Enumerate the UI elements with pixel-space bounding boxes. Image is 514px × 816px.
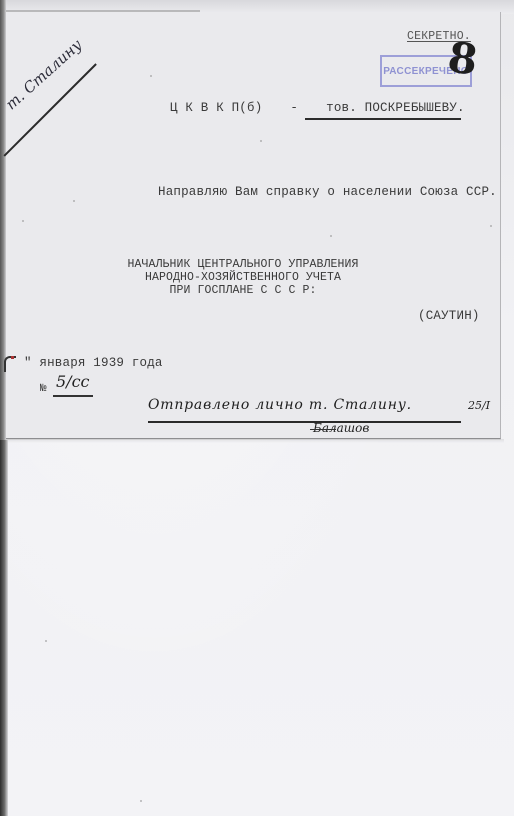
signature-title-line-2: НАРОДНО-ХОЗЯЙСТВЕННОГО УЧЕТА bbox=[118, 271, 368, 284]
handwritten-initials: Балашов bbox=[313, 421, 369, 435]
page-number: 8 bbox=[445, 36, 480, 82]
initials-stroke bbox=[310, 429, 336, 430]
date-mark bbox=[11, 356, 14, 359]
date-day-handwritten bbox=[4, 356, 16, 372]
document-date: " января 1939 года bbox=[24, 356, 163, 370]
signer-name: (САУТИН) bbox=[418, 309, 480, 323]
body-text: Направляю Вам справку о населении Союза … bbox=[158, 185, 497, 199]
addressee-underline bbox=[305, 118, 461, 120]
addressee-org: Ц К В К П(б) bbox=[170, 101, 262, 115]
binding-edge-lower bbox=[0, 440, 8, 816]
addressee-recipient: тов. ПОСКРЕБЫШЕВУ. bbox=[326, 101, 465, 115]
reference-number-value: 5/сс bbox=[56, 372, 90, 391]
signature-block: НАЧАЛЬНИК ЦЕНТРАЛЬНОГО УПРАВЛЕНИЯ НАРОДН… bbox=[118, 258, 368, 297]
signature-title-line-1: НАЧАЛЬНИК ЦЕНТРАЛЬНОГО УПРАВЛЕНИЯ bbox=[118, 258, 368, 271]
addressee-dash: - bbox=[290, 101, 298, 115]
handwritten-sent-note: Отправлено лично т. Сталину. bbox=[148, 397, 412, 413]
handwritten-sent-date: 25/I bbox=[468, 399, 490, 412]
reference-number-label: № bbox=[40, 383, 47, 395]
reference-number-underline bbox=[53, 395, 93, 397]
sheet-edge-shadow bbox=[4, 439, 504, 443]
sent-note-underline bbox=[148, 421, 461, 423]
addressee-line: Ц К В К П(б)-тов. ПОСКРЕБЫШЕВУ. bbox=[170, 101, 465, 115]
signature-title-line-3: ПРИ ГОСПЛАНЕ С С С Р: bbox=[118, 284, 368, 297]
